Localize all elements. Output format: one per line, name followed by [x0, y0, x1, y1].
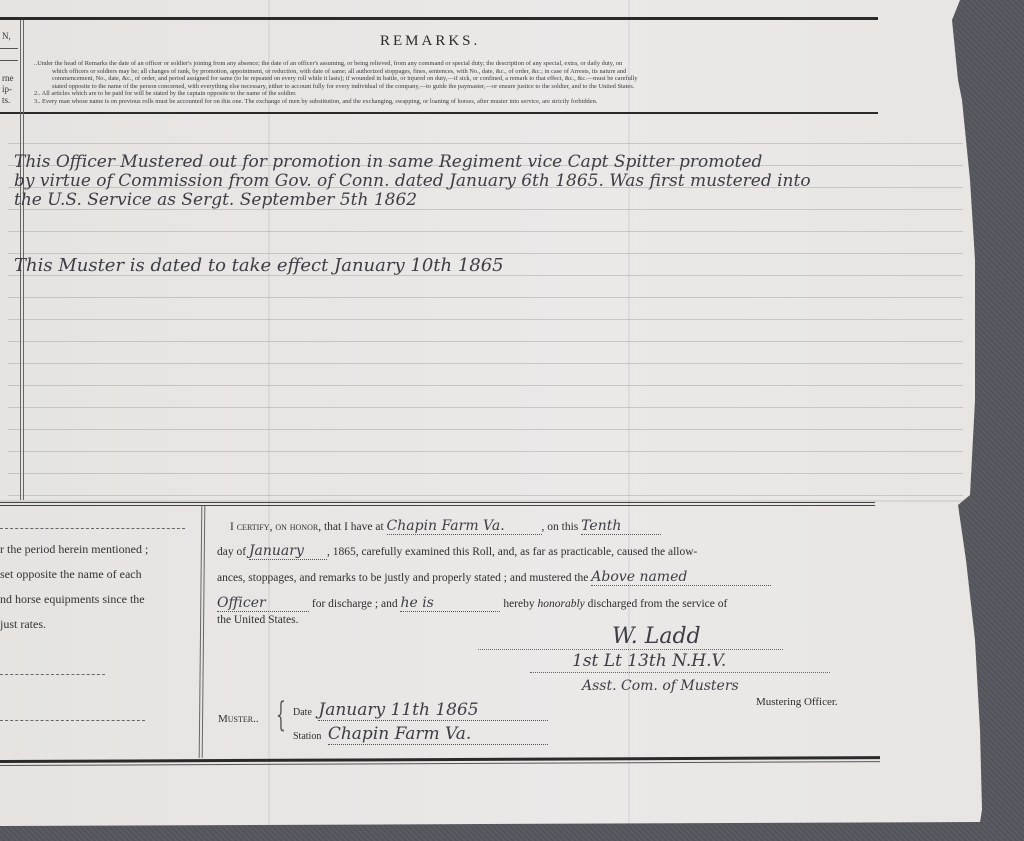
left-stub-header: N, [2, 31, 11, 42]
signature-line [530, 672, 830, 674]
top-rule [0, 17, 878, 20]
date-label: Date [293, 707, 312, 718]
certificate-line-3: ances, stoppages, and remarks to be just… [217, 569, 771, 586]
left-stub-rule [0, 48, 18, 49]
instruction-line: stated opposite to the name of the perso… [34, 83, 864, 91]
left-cert-line: just rates. [0, 617, 46, 632]
left-stub-line: rne [2, 73, 14, 84]
handwritten-remark: by virtue of Commission from Gov. of Con… [14, 171, 811, 191]
instruction-line: 2.. All articles which are to be paid fo… [34, 90, 864, 98]
date-field: January 11th 1865 [318, 700, 548, 721]
header-bottom-rule [0, 112, 878, 114]
month-field: January [249, 543, 327, 560]
column-divider [202, 506, 206, 758]
muster-brace: { [276, 695, 286, 735]
officer-title-handwritten: Asst. Com. of Musters [582, 678, 739, 694]
officer-signature: W. Ladd [612, 624, 701, 649]
handwritten-remark: This Muster is dated to take effect Janu… [14, 255, 504, 276]
left-stub-rule [0, 60, 18, 61]
mustered-who-field: Above named [591, 569, 771, 586]
signature-line [0, 674, 105, 676]
left-cert-line: nd horse equipments since the [0, 592, 145, 607]
muster-label: Muster.. [218, 713, 259, 725]
certificate-line-1: I certify, on honor, that I have at Chap… [230, 518, 661, 535]
left-cert-line: r the period herein mentioned ; [0, 542, 148, 557]
certificate-line-5: the United States. [217, 614, 298, 626]
muster-roll-page: N, rne ip- ts. REMARKS. ..Under the head… [0, 0, 982, 826]
handwritten-remark: This Officer Mustered out for promotion … [14, 152, 762, 172]
signature-line [0, 720, 145, 722]
remarks-title: REMARKS. [380, 33, 480, 50]
instruction-line: which officers or soldiers may be; all c… [34, 68, 864, 76]
certify-on-honor: certify, on honor, [237, 521, 321, 533]
remarks-bottom-rule [0, 505, 875, 506]
left-stub-line: ip- [2, 84, 12, 95]
left-cert-line: set opposite the name of each [0, 567, 142, 582]
rank-field: Officer [217, 595, 309, 612]
certificate-line-4: Officer for discharge ; and he is hereby… [217, 595, 727, 612]
station-field: Chapin Farm Va. [328, 724, 548, 745]
muster-date-row: Date January 11th 1865 [293, 700, 548, 721]
remarks-bottom-rule [0, 502, 875, 503]
mustering-officer-label: Mustering Officer. [756, 696, 838, 708]
remarks-instructions: ..Under the head of Remarks the date of … [34, 60, 864, 106]
handwritten-remark: the U.S. Service as Sergt. September 5th… [14, 190, 417, 210]
day-field: Tenth [581, 518, 661, 535]
muster-station-row: Station Chapin Farm Va. [293, 724, 548, 745]
left-stub-line: ts. [2, 95, 10, 106]
dashed-rule [0, 528, 185, 530]
place-field: Chapin Farm Va. [387, 518, 542, 535]
officer-unit: 1st Lt 13th N.H.V. [572, 651, 726, 671]
station-label: Station [293, 731, 321, 742]
pronoun-field: he is [400, 595, 500, 612]
instruction-line: 3.. Every man whose name is on previous … [34, 98, 864, 106]
instruction-line: commencement, No., date, &c., of order, … [34, 75, 864, 83]
instruction-line: ..Under the head of Remarks the date of … [34, 60, 864, 68]
certificate-line-2: day of January, 1865, carefully examined… [217, 543, 697, 560]
